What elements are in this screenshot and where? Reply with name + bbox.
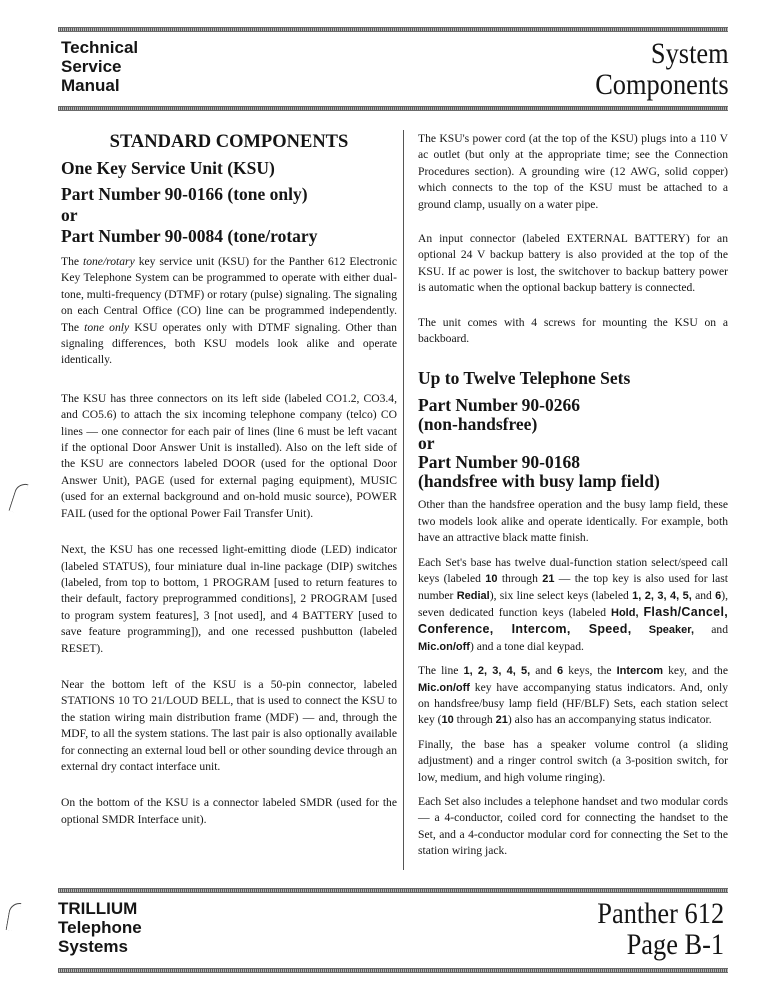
key-label: Mic.on/off	[418, 682, 470, 694]
right-column: The KSU's power cord (at the top of the …	[418, 131, 728, 868]
key-label: 21	[542, 573, 554, 585]
ksu-paragraph-smdr: On the bottom of the KSU is a connector …	[61, 795, 397, 828]
sets-part-number-a: Part Number 90-0266	[418, 396, 728, 415]
footer-bottom-rule	[58, 968, 728, 973]
company-name: TRILLIUM Telephone Systems	[58, 899, 142, 956]
page-identifier: Panther 612 Page B-1	[597, 898, 724, 960]
text: keys, the	[563, 664, 616, 677]
manual-title-line-1: Technical	[61, 38, 138, 57]
section-title: STANDARD COMPONENTS	[61, 130, 397, 154]
italic-text: tone/rotary	[83, 255, 135, 268]
ksu-paragraph-led-switches: Next, the KSU has one recessed light-emi…	[61, 542, 397, 657]
header-bottom-rule	[58, 106, 728, 111]
column-divider	[403, 130, 404, 870]
text: The line	[418, 664, 464, 677]
sets-part-number-b: Part Number 90-0168	[418, 453, 728, 472]
key-label: Hold,	[611, 607, 639, 619]
sets-subtitle: Up to Twelve Telephone Sets	[418, 367, 728, 390]
ksu-paragraph-50pin: Near the bottom left of the KSU is a 50-…	[61, 677, 397, 775]
sets-paragraph-models: Other than the handsfree operation and t…	[418, 497, 728, 546]
manual-title-line-3: Manual	[61, 76, 138, 95]
left-column: STANDARD COMPONENTS One Key Service Unit…	[61, 130, 397, 844]
header-top-rule	[58, 27, 728, 32]
text: through	[498, 572, 543, 585]
ksu-part-number-b: Part Number 90-0084 (tone/rotary	[61, 225, 397, 248]
manual-title-line-2: Service	[61, 57, 138, 76]
text: and	[530, 664, 557, 677]
ksu-subtitle: One Key Service Unit (KSU)	[61, 157, 397, 180]
ksu-paragraph-battery: An input connector (labeled EXTERNAL BAT…	[418, 231, 728, 297]
ksu-paragraph-screws: The unit comes with 4 screws for mountin…	[418, 315, 728, 348]
key-label: Redial	[457, 590, 490, 602]
sets-part-number-a-desc: (non-handsfree)	[418, 415, 728, 434]
scan-mark-decoration	[8, 481, 28, 514]
key-label: 1, 2, 3, 4, 5,	[464, 665, 531, 677]
key-label: 10	[442, 714, 454, 726]
key-label: Speaker,	[649, 624, 694, 636]
ksu-paragraph-connectors: The KSU has three connectors on its left…	[61, 391, 397, 522]
product-name: Panther 612	[597, 898, 724, 929]
key-label: Mic.on/off	[418, 641, 470, 653]
footer-top-rule	[58, 888, 728, 893]
company-name-line-2: Telephone	[58, 918, 142, 937]
sets-paragraph-keys: Each Set's base has twelve dual-function…	[418, 555, 728, 655]
key-label: 1, 2, 3, 4, 5,	[632, 590, 692, 602]
page-number: Page B-1	[597, 929, 724, 960]
ksu-paragraph-signaling: The tone/rotary key service unit (KSU) f…	[61, 254, 397, 369]
text: ) also has an accompanying status indica…	[508, 713, 712, 726]
sets-part-number-b-desc: (handsfree with busy lamp field)	[418, 472, 728, 491]
key-label: Intercom	[617, 665, 663, 677]
text: and	[692, 589, 715, 602]
ksu-paragraph-power: The KSU's power cord (at the top of the …	[418, 131, 728, 213]
italic-text: tone only	[84, 321, 129, 334]
company-name-line-1: TRILLIUM	[58, 899, 142, 918]
chapter-title: System Components	[596, 38, 729, 100]
manual-title: Technical Service Manual	[61, 38, 138, 95]
text: key, and the	[663, 664, 728, 677]
key-label: 10	[485, 573, 497, 585]
company-name-line-3: Systems	[58, 937, 142, 956]
text: ), six line select keys (labeled	[490, 589, 632, 602]
sets-paragraph-indicators: The line 1, 2, 3, 4, 5, and 6 keys, the …	[418, 663, 728, 729]
scan-mark-decoration	[6, 901, 22, 931]
text: through	[454, 713, 496, 726]
chapter-title-line-1: System	[596, 38, 729, 69]
text: and	[694, 623, 728, 636]
chapter-title-line-2: Components	[596, 69, 729, 100]
text: ) and a tone dial keypad.	[470, 640, 584, 653]
sets-or: or	[418, 434, 728, 453]
sets-paragraph-cords: Each Set also includes a telephone hands…	[418, 794, 728, 860]
sets-paragraph-volume: Finally, the base has a speaker volume c…	[418, 737, 728, 786]
telephone-sets-heading: Up to Twelve Telephone Sets Part Number …	[418, 367, 728, 491]
key-label: 21	[496, 714, 508, 726]
text: The	[61, 255, 83, 268]
ksu-or: or	[61, 206, 397, 225]
ksu-part-number-a: Part Number 90-0166 (tone only)	[61, 183, 397, 206]
